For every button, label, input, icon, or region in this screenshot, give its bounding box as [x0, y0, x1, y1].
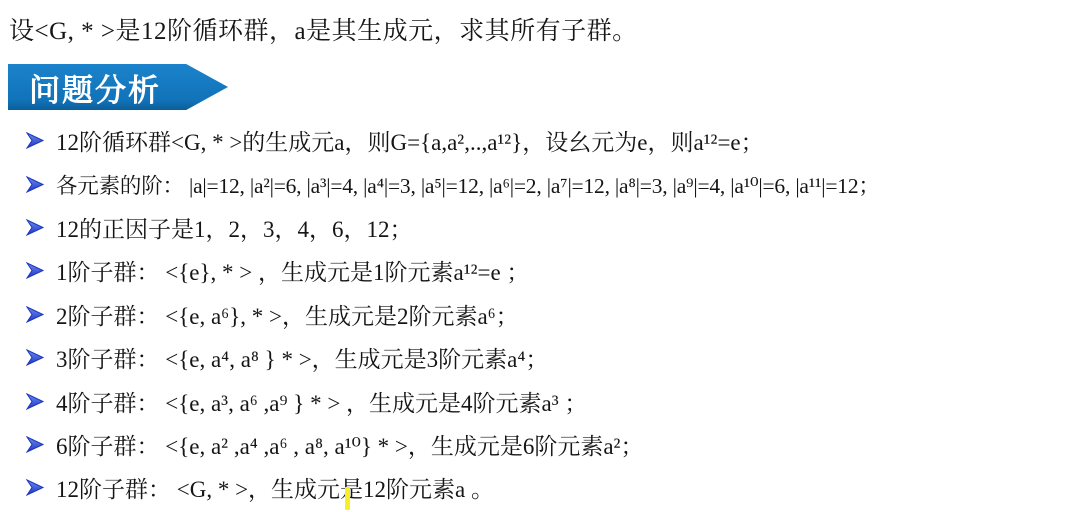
bullet-text: 12阶子群： <G, * >，生成元是12阶元素a 。	[56, 471, 494, 504]
arrow-bullet-icon	[26, 218, 56, 237]
bullet-text: 4阶子群： <{e, a³, a⁶ ,a⁹ } * > ，生成元是4阶元素a³ …	[56, 385, 587, 418]
bullet-list: 12阶循环群<G, * >的生成元a，则G={a,a²,..,a¹²}，设幺元为…	[26, 119, 1078, 510]
bullet-item: 6阶子群： <{e, a² ,a⁴ ,a⁶ , a⁸, a¹⁰} * >，生成元…	[26, 423, 1078, 466]
bullet-item: 1阶子群： <{e}, * > ，生成元是1阶元素a¹²=e ；	[26, 249, 1078, 292]
bullet-item: 12阶循环群<G, * >的生成元a，则G={a,a²,..,a¹²}，设幺元为…	[26, 119, 1078, 162]
bullet-item: 12阶子群： <G, * >，生成元是12阶元素a 。	[26, 466, 1078, 509]
bullet-item: 12的正因子是1，2，3，4，6，12；	[26, 206, 1078, 249]
bullet-text: 12阶循环群<G, * >的生成元a，则G={a,a²,..,a¹²}，设幺元为…	[56, 124, 764, 157]
arrow-bullet-icon	[26, 131, 56, 150]
bullet-text: 2阶子群： <{e, a⁶}, * >，生成元是2阶元素a⁶；	[56, 298, 519, 331]
section-banner-label: 问题分析	[8, 65, 161, 110]
bullet-text: 3阶子群： <{e, a⁴, a⁸ } * >，生成元是3阶元素a⁴；	[56, 341, 548, 374]
arrow-bullet-icon	[26, 392, 56, 411]
problem-statement: 设<G, * >是12阶循环群，a是其生成元，求其所有子群。	[9, 11, 638, 47]
bullet-text: 6阶子群： <{e, a² ,a⁴ ,a⁶ , a⁸, a¹⁰} * >，生成元…	[56, 428, 643, 461]
section-banner: 问题分析	[8, 64, 228, 110]
arrow-bullet-icon	[26, 305, 56, 324]
bullet-item: 各元素的阶： |a|=12, |a²|=6, |a³|=4, |a⁴|=3, |…	[26, 162, 1078, 205]
arrow-bullet-icon	[26, 348, 56, 367]
bullet-item: 2阶子群： <{e, a⁶}, * >，生成元是2阶元素a⁶；	[26, 293, 1078, 336]
arrow-bullet-icon	[26, 175, 56, 194]
bullet-text: 1阶子群： <{e}, * > ，生成元是1阶元素a¹²=e ；	[56, 254, 529, 287]
bullet-text: 各元素的阶： |a|=12, |a²|=6, |a³|=4, |a⁴|=3, |…	[56, 169, 880, 200]
arrow-bullet-icon	[26, 435, 56, 454]
bullet-text: 12的正因子是1，2，3，4，6，12；	[56, 211, 413, 244]
pointer-highlight-mark	[345, 487, 350, 510]
arrow-bullet-icon	[26, 261, 56, 280]
bullet-item: 4阶子群： <{e, a³, a⁶ ,a⁹ } * > ，生成元是4阶元素a³ …	[26, 379, 1078, 422]
lecture-slide: 设<G, * >是12阶循环群，a是其生成元，求其所有子群。 问题分析 12阶循…	[0, 0, 1078, 512]
bullet-item: 3阶子群： <{e, a⁴, a⁸ } * >，生成元是3阶元素a⁴；	[26, 336, 1078, 379]
arrow-bullet-icon	[26, 478, 56, 497]
